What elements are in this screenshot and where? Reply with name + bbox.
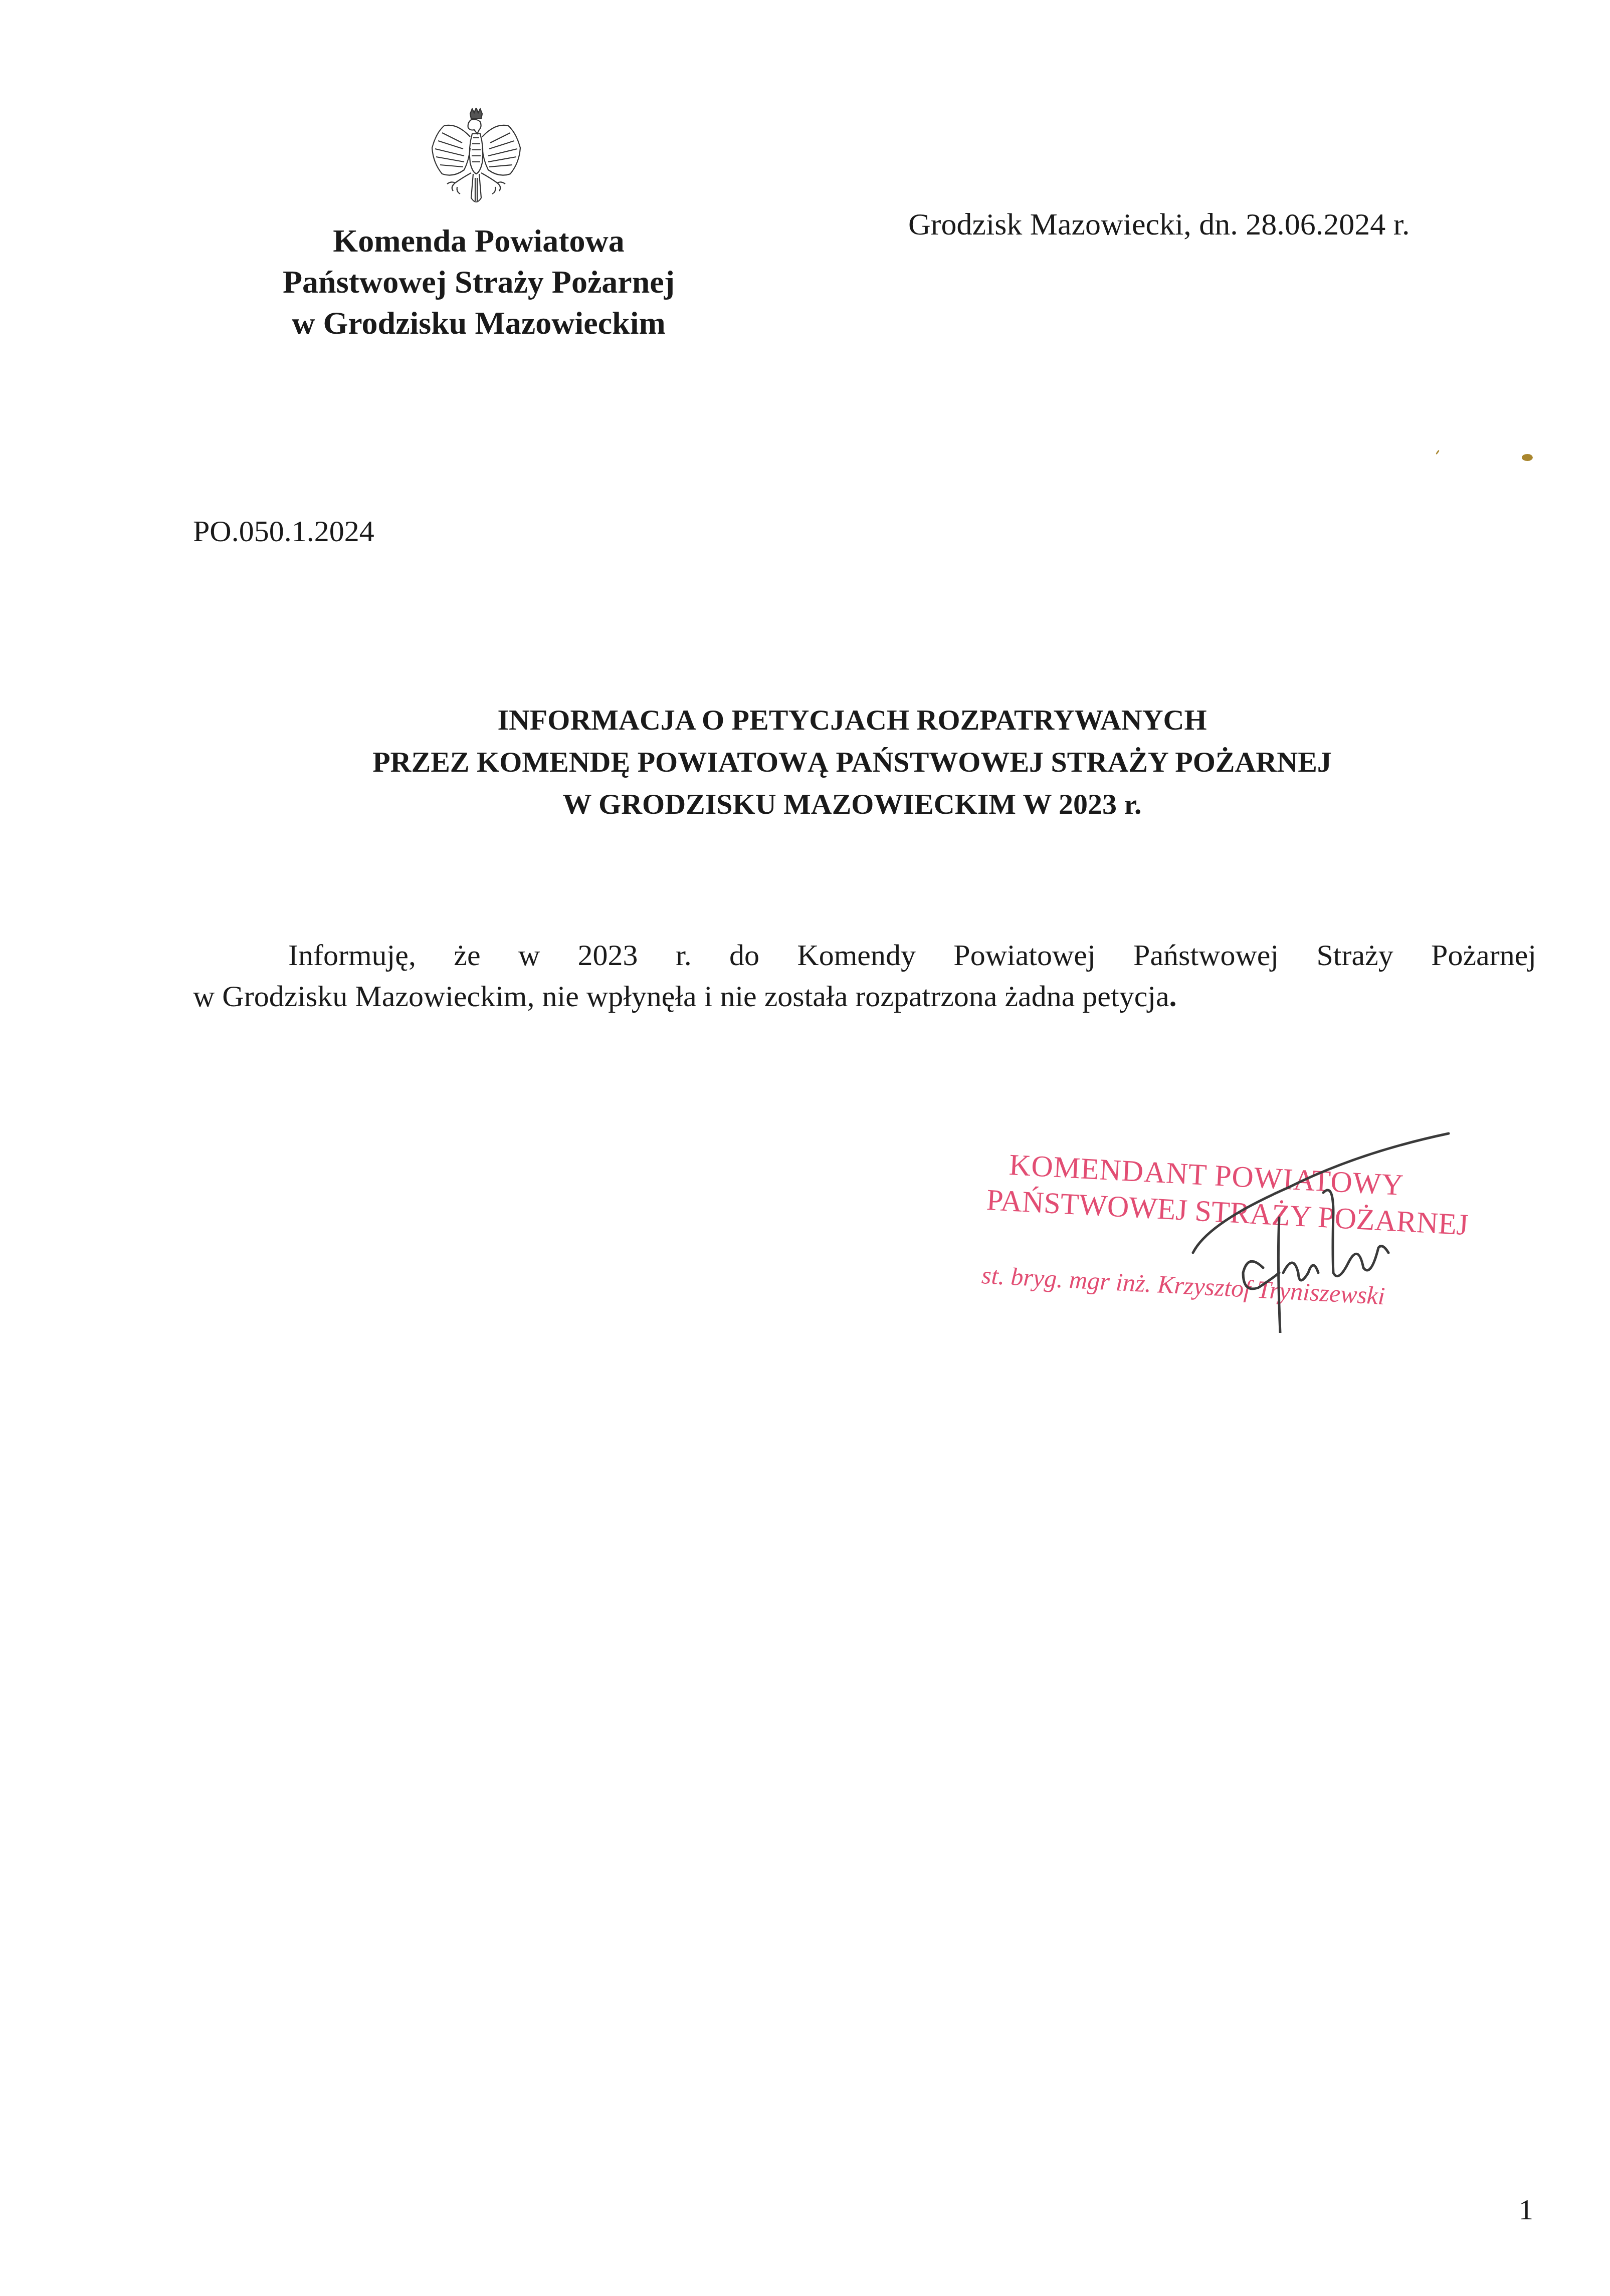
body-word: Pożarnej bbox=[1431, 935, 1536, 976]
body-line-2-text: w Grodzisku Mazowieckim, nie wpłynęła i … bbox=[193, 980, 1169, 1013]
body-paragraph: Informuję, że w 2023 r. do Komendy Powia… bbox=[193, 935, 1536, 1017]
reference-number: PO.050.1.2024 bbox=[193, 511, 374, 551]
title-line-2: PRZEZ KOMENDĘ POWIATOWĄ PAŃSTWOWEJ STRAŻ… bbox=[211, 741, 1494, 783]
organization-line-2: Państwowej Straży Pożarnej bbox=[216, 262, 742, 303]
body-word: Informuję, bbox=[288, 935, 416, 976]
eagle-emblem-icon bbox=[427, 108, 525, 208]
signature-icon bbox=[1098, 1122, 1459, 1333]
body-word: Straży bbox=[1316, 935, 1393, 976]
body-word: Powiatowej bbox=[953, 935, 1095, 976]
organization-line-3: w Grodzisku Mazowieckim bbox=[216, 303, 742, 344]
body-word: w bbox=[518, 935, 540, 976]
body-line-2-period: . bbox=[1169, 980, 1177, 1013]
scan-speck bbox=[1522, 454, 1533, 461]
title-line-1: INFORMACJA O PETYCJACH ROZPATRYWANYCH bbox=[211, 699, 1494, 741]
document-title: INFORMACJA O PETYCJACH ROZPATRYWANYCH PR… bbox=[211, 699, 1494, 825]
body-word: r. bbox=[676, 935, 692, 976]
body-word: Państwowej bbox=[1133, 935, 1279, 976]
page-number: 1 bbox=[1519, 2192, 1533, 2227]
body-word: że bbox=[454, 935, 480, 976]
body-line-2: w Grodzisku Mazowieckim, nie wpłynęła i … bbox=[193, 976, 1536, 1017]
scan-speck bbox=[1436, 450, 1440, 455]
body-word: 2023 bbox=[578, 935, 638, 976]
title-line-3: W GRODZISKU MAZOWIECKIM W 2023 r. bbox=[211, 783, 1494, 825]
body-line-1: Informuję, że w 2023 r. do Komendy Powia… bbox=[193, 935, 1536, 976]
body-word: Komendy bbox=[797, 935, 916, 976]
place-date: Grodzisk Mazowiecki, dn. 28.06.2024 r. bbox=[908, 204, 1410, 245]
organization-header: Komenda Powiatowa Państwowej Straży Poża… bbox=[216, 220, 742, 344]
body-word: do bbox=[729, 935, 759, 976]
organization-line-1: Komenda Powiatowa bbox=[216, 220, 742, 262]
